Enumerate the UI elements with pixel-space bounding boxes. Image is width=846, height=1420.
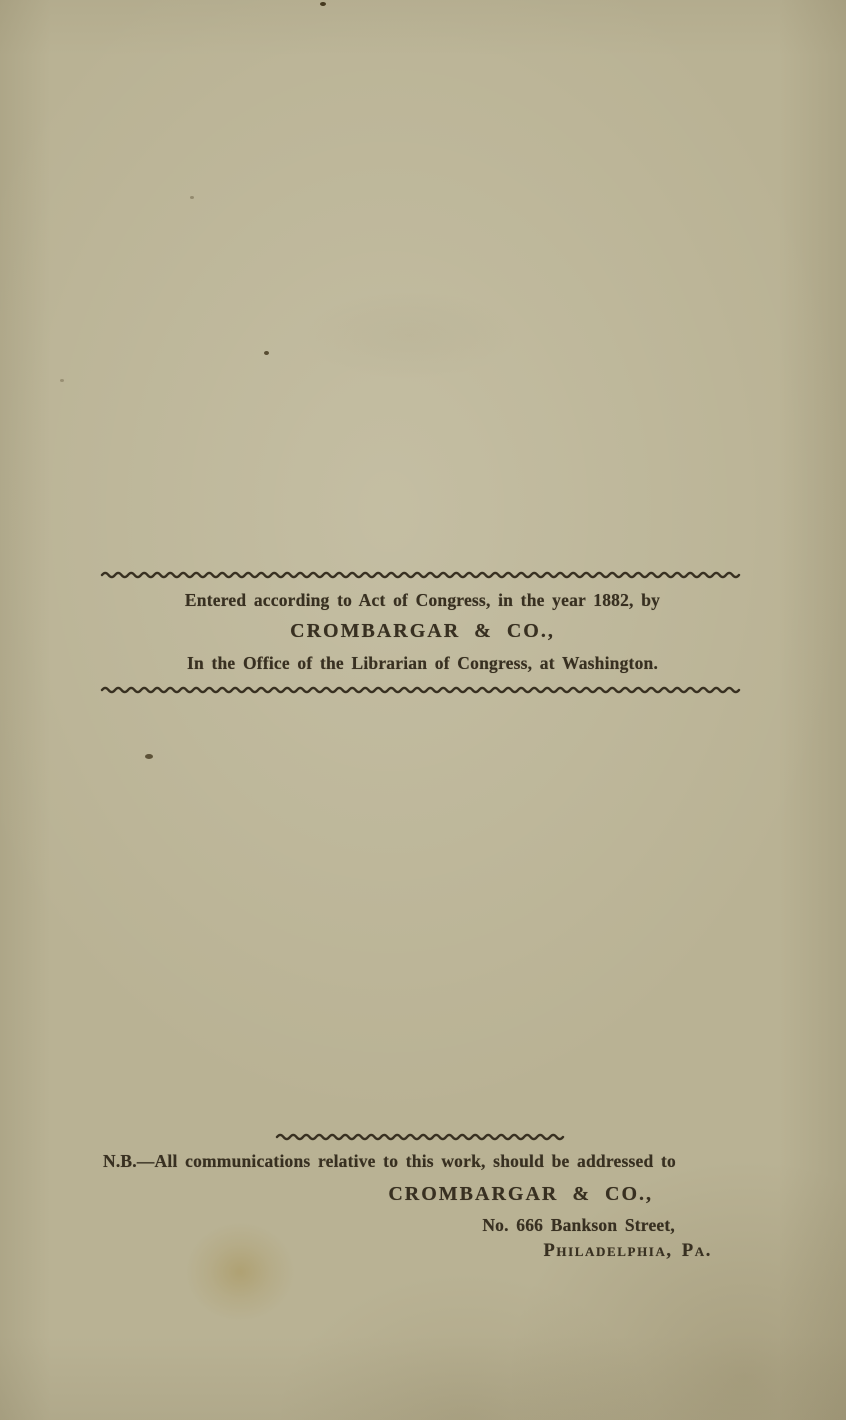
ink-speck — [145, 754, 153, 759]
ink-speck — [264, 351, 269, 355]
foxing-stain — [185, 1222, 295, 1322]
nb-communications-line: N.B.—All communications relative to this… — [103, 1151, 676, 1172]
copyright-office-line: In the Office of the Librarian of Congre… — [100, 653, 745, 674]
address-street-line: No. 666 Bankson Street, — [482, 1215, 675, 1236]
show-through-smudge — [300, 290, 520, 380]
book-page: Entered according to Act of Congress, in… — [0, 0, 846, 1420]
copyright-entered-line: Entered according to Act of Congress, in… — [100, 590, 745, 611]
address-publisher-name: CROMBARGAR & CO., — [388, 1183, 653, 1206]
address-city-line: Philadelphia, Pa. — [543, 1241, 712, 1262]
ink-speck — [190, 196, 194, 199]
wavy-rule-icon — [275, 1131, 565, 1143]
wavy-rule-icon — [100, 569, 745, 581]
wavy-rule-top — [100, 569, 745, 581]
ink-speck — [320, 2, 326, 6]
copyright-publisher-name: CROMBARGAR & CO., — [100, 620, 745, 643]
wavy-rule-short — [275, 1131, 565, 1143]
wavy-rule-icon — [100, 684, 745, 696]
ink-speck — [60, 379, 64, 382]
wavy-rule-bottom — [100, 684, 745, 696]
